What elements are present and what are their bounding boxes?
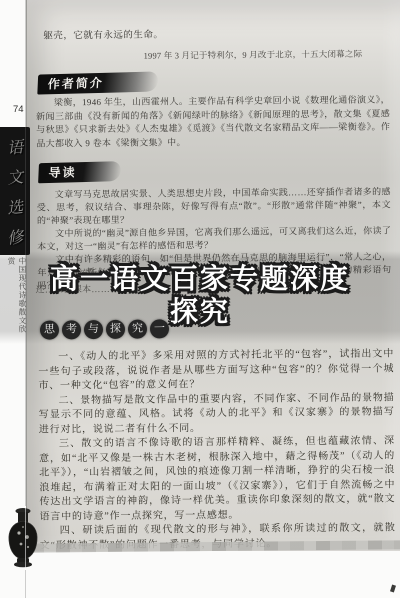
essay-closing-line: 躯壳，它就有永远的生命。 [43, 26, 163, 41]
caption-overlay: 高一语文百家专题深度 探究 [0, 262, 400, 328]
textbook-page-photo: 74 语 文 选 修 中国现代诗歌散文欣赏 躯壳，它就有永远的生命。 1997 … [0, 0, 400, 598]
author-section-header: 作者简介 [37, 71, 158, 94]
page-number: 74 [13, 104, 24, 115]
essay-dateline: 1997 年 3 月记于特利尔，9 月改于北京，十五大闭幕之际 [144, 48, 363, 62]
exercise-item: 二、景物描写是散文作品中的重要内容，不同作家、不同作品的景物描写显示不同的意蕴、… [39, 391, 395, 438]
spine-crease-line [25, 0, 26, 506]
vase-image [5, 506, 41, 570]
intro-paragraph: 文章写马克思故居实景、人类思想史片段，中国革命实践……还穿插作者诸多的感受、思考… [37, 185, 391, 227]
author-bio-paragraph: 梁衡，1946 年生，山西霍州人。主要作品有科学史章回小说《数理化通俗演义》，新… [36, 93, 390, 150]
spine-series-char: 修 [6, 224, 24, 249]
exercise-items: 一、《动人的北平》多采用对照的方式衬托北平的“包容”，试指出文中一些句子或段落，… [38, 347, 396, 553]
exercise-item: 一、《动人的北平》多采用对照的方式衬托北平的“包容”，试指出文中一些句子或段落，… [38, 347, 394, 394]
corner-mark [390, 585, 396, 593]
spine-crease-line [25, 570, 26, 598]
spine-series-char: 语 [6, 134, 24, 159]
spine-series-char: 选 [6, 194, 24, 219]
spine-series-char: 文 [6, 164, 24, 189]
caption-line-2: 探究 [0, 295, 400, 328]
intro-paragraph: 文中所说的“幽灵”源自他乡异国，它离我们那么遥远，可又离我们这么近，你读了本文，… [37, 224, 391, 253]
spine-crease-highlight [25, 506, 26, 570]
exercise-item: 三、散文的语言不像诗歌的语言那样精粹、凝练，但也蕴藏浓情、深意，如“北平又像是一… [39, 434, 396, 524]
caption-line-1: 高一语文百家专题深度 [0, 262, 400, 295]
intro-section-header: 导读 [38, 161, 121, 183]
